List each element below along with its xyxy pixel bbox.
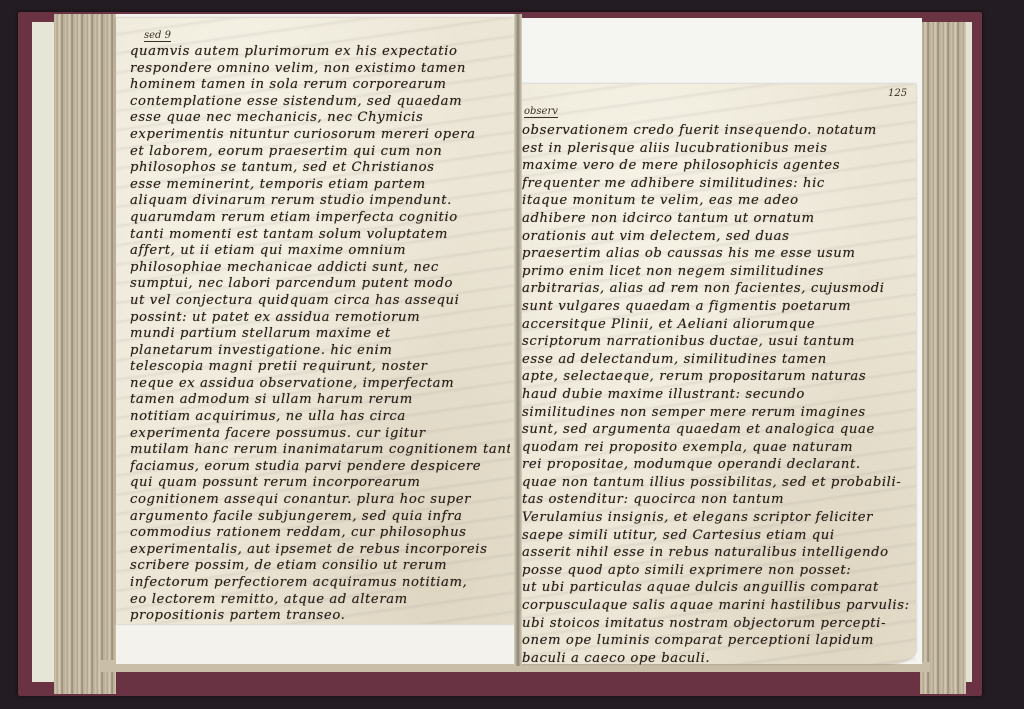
manuscript-line: qui quam possunt rerum incorporearum [130,475,510,492]
manuscript-line: saepe simili utitur, sed Cartesius etiam… [522,527,912,545]
manuscript-line: similitudines non semper mere rerum imag… [522,404,912,422]
manuscript-leaf-right: observ 125 observationem credo fuerit in… [520,84,916,664]
manuscript-line: maxime vero de mere philosophicis agente… [522,157,912,175]
manuscript-line: commodius rationem reddam, cur philosoph… [130,525,510,542]
manuscript-line: propositionis partem transeo. [130,608,510,625]
manuscript-line: possint: ut patet ex assidua remotiorum [130,310,510,327]
manuscript-line: est in plerisque aliis lucubrationibus m… [522,140,912,158]
page-edges-left [54,14,116,694]
manuscript-line: experimenta facere possumus. cur igitur [130,426,510,443]
manuscript-line: scribere possim, de etiam consilio ut re… [130,558,510,575]
manuscript-line: respondere omnino velim, non existimo ta… [130,61,510,78]
manuscript-line: praesertim alias ob caussas his me esse … [522,245,912,263]
manuscript-line: philosophiae mechanicae addicti sunt, ne… [130,260,510,277]
manuscript-line: mutilam hanc rerum inanimatarum cognitio… [130,442,510,459]
book-gutter [514,14,522,666]
manuscript-line: tas ostenditur: quocirca non tantum [522,491,912,509]
manuscript-line: sunt, sed argumenta quaedam et analogica… [522,421,912,439]
manuscript-line: aliquam divinarum rerum studio impendunt… [130,193,510,210]
manuscript-line: primo enim licet non negem similitudines [522,263,912,281]
manuscript-line: quarumdam rerum etiam imperfecta cogniti… [130,210,510,227]
manuscript-line: ut ubi particulas aquae dulcis anguillis… [522,579,912,597]
manuscript-line: quae non tantum illius possibilitas, sed… [522,474,912,492]
manuscript-line: observationem credo fuerit insequendo. n… [522,122,912,140]
manuscript-line: ut vel conjectura quidquam circa has ass… [130,293,510,310]
manuscript-line: apte, selectaeque, rerum propositarum na… [522,368,912,386]
manuscript-line: tanti momenti est tantam solum voluptate… [130,227,510,244]
manuscript-line: esse meminerint, temporis etiam partem [130,177,510,194]
manuscript-line: baculi a caeco ope baculi. [522,650,912,668]
manuscript-line: accersitque Plinii, et Aeliani aliorumqu… [522,316,912,334]
manuscript-line: tamen admodum si ullam harum rerum [130,392,510,409]
left-page-text: quamvis autem plurimorum ex his expectat… [130,44,510,625]
manuscript-line: asserit nihil esse in rebus naturalibus … [522,544,912,562]
manuscript-line: neque ex assidua observatione, imperfect… [130,376,510,393]
manuscript-line: sunt vulgares quaedam a figmentis poetar… [522,298,912,316]
manuscript-line: esse ad delectandum, similitudines tamen [522,351,912,369]
manuscript-line: adhibere non idcirco tantum ut ornatum [522,210,912,228]
manuscript-line: Verulamius insignis, et elegans scriptor… [522,509,912,527]
manuscript-line: sumptui, nec labori parcendum putent mod… [130,276,510,293]
catchword-top-right: observ [524,106,558,118]
manuscript-line: infectorum perfectiorem acquiramus notit… [130,575,510,592]
manuscript-line: orationis aut vim delectem, sed duas [522,228,912,246]
manuscript-line: itaque monitum te velim, eas me adeo [522,192,912,210]
manuscript-line: contemplatione esse sistendum, sed quaed… [130,94,510,111]
manuscript-line: faciamus, eorum studia parvi pendere des… [130,459,510,476]
page-edges-right [920,22,966,694]
manuscript-line: telescopia magni pretii requirunt, noste… [130,359,510,376]
manuscript-line: quamvis autem plurimorum ex his expectat… [130,44,510,61]
manuscript-line: posse quod apto simili exprimere non pos… [522,562,912,580]
manuscript-line: notitiam acquirimus, ne ulla has circa [130,409,510,426]
manuscript-line: experimentis nituntur curiosorum mereri … [130,127,510,144]
manuscript-line: et laborem, eorum praesertim qui cum non [130,144,510,161]
manuscript-line: eo lectorem remitto, atque ad alteram [130,592,510,609]
manuscript-line: hominem tamen in sola rerum corporearum [130,77,510,94]
manuscript-line: scriptorum narrationibus ductae, usui ta… [522,333,912,351]
manuscript-line: arbitrarias, alias ad rem non facientes,… [522,280,912,298]
manuscript-line: quodam rei proposito exempla, quae natur… [522,439,912,457]
manuscript-line: cognitionem assequi conantur. plura hoc … [130,492,510,509]
manuscript-line: mundi partium stellarum maxime et [130,326,510,343]
folio-number: 125 [888,88,907,99]
manuscript-leaf-left: sed 9 quamvis autem plurimorum ex his ex… [116,18,514,624]
manuscript-line: frequenter me adhibere similitudines: hi… [522,175,912,193]
manuscript-line: haud dubie maxime illustrant: secundo [522,386,912,404]
manuscript-line: philosophos se tantum, sed et Christiano… [130,160,510,177]
manuscript-line: corpusculaque salis aquae marini hastili… [522,597,912,615]
manuscript-line: experimentalis, aut ipsemet de rebus inc… [130,542,510,559]
manuscript-line: argumento facile subjungerem, sed quia i… [130,509,510,526]
manuscript-line: planetarum investigatione. hic enim [130,343,510,360]
manuscript-line: affert, ut ii etiam qui maxime omnium [130,243,510,260]
manuscript-line: onem ope luminis comparat perceptioni la… [522,632,912,650]
manuscript-line: ubi stoicos imitatus nostram objectorum … [522,615,912,633]
manuscript-line: esse quae nec mechanicis, nec Chymicis [130,110,510,127]
right-page-text: observationem credo fuerit insequendo. n… [522,122,912,667]
catchword-top-left: sed 9 [144,30,171,42]
manuscript-line: rei propositae, modumque operandi declar… [522,456,912,474]
